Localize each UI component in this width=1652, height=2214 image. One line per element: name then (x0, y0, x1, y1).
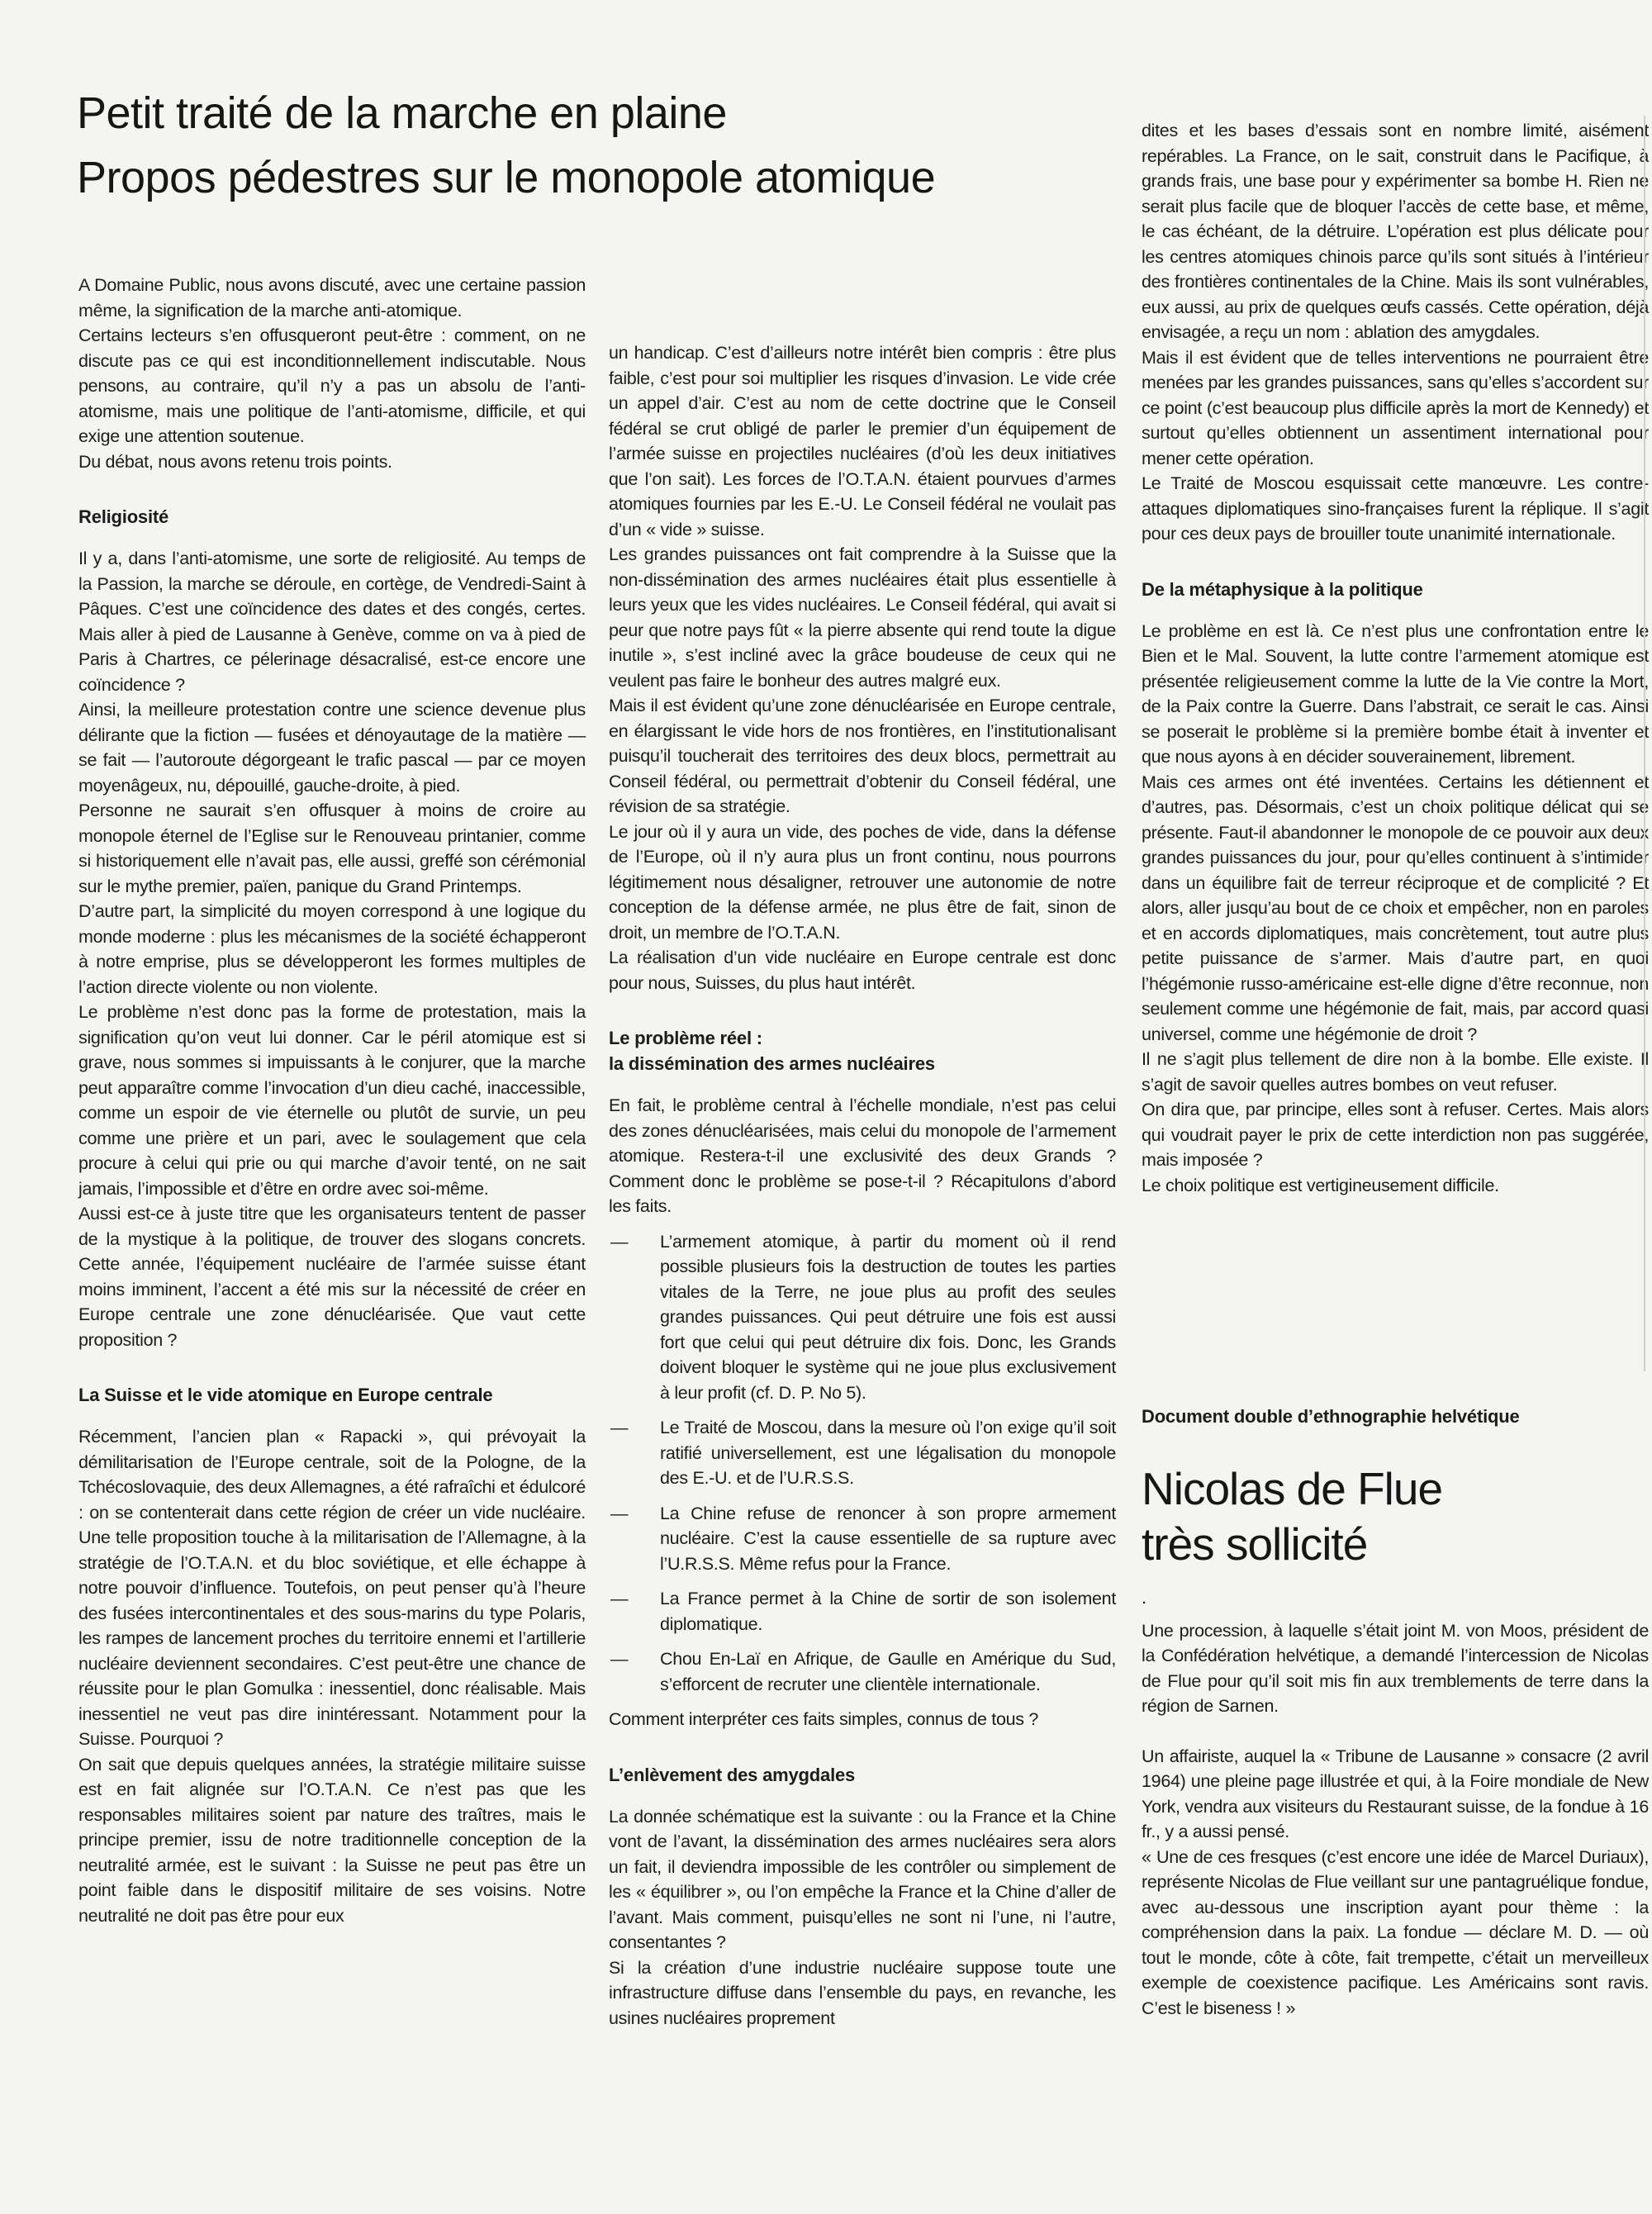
article1-title-line1: Petit traité de la marche en plaine (77, 88, 727, 138)
paragraph: Récemment, l’ancien plan « Rapacki », qu… (78, 1424, 586, 1752)
section-heading: Le problème réel : la dissémination des … (609, 1025, 1116, 1076)
paragraph: Le Traité de Moscou esquissait cette man… (1142, 471, 1649, 547)
dash-bullet: — (610, 1586, 628, 1612)
paragraph: dites et les bases d’essais sont en nomb… (1142, 118, 1649, 345)
dash-list-item: —Le Traité de Moscou, dans la mesure où … (609, 1415, 1116, 1491)
paragraph: Le problème n’est donc pas la forme de p… (78, 1000, 586, 1201)
paragraph: Le choix politique est vertigineusement … (1142, 1173, 1649, 1199)
spacer (1142, 1198, 1649, 1404)
paragraph: En fait, le problème central à l’échelle… (609, 1093, 1116, 1219)
paragraph: A Domaine Public, nous avons discuté, av… (78, 273, 586, 323)
dash-item-text: La France permet à la Chine de sortir de… (660, 1589, 1116, 1634)
paragraph: Il ne s’agit plus tellement de dire non … (1142, 1047, 1649, 1097)
paragraph: Une procession, à laquelle s’était joint… (1142, 1618, 1649, 1719)
dash-item-text: Le Traité de Moscou, dans la mesure où l… (660, 1418, 1116, 1488)
dash-list-item: —La Chine refuse de renoncer à son propr… (609, 1501, 1116, 1577)
paragraph: Les grandes puissances ont fait comprend… (609, 542, 1116, 693)
article2-kicker: Document double d’ethnographie helvétiqu… (1142, 1404, 1649, 1430)
paragraph: On dira que, par principe, elles sont à … (1142, 1097, 1649, 1173)
section-heading: L’enlèvement des amygdales (609, 1762, 1116, 1788)
paragraph: Aussi est-ce à juste titre que les organ… (78, 1201, 586, 1352)
column-3: dites et les bases d’essais sont en nomb… (1142, 118, 1649, 2021)
paragraph: On sait que depuis quelques années, la s… (78, 1752, 586, 1929)
paragraph: Comment interpréter ces faits simples, c… (609, 1707, 1116, 1732)
article2-title: Nicolas de Flue très sollicité (1142, 1461, 1649, 1572)
article1-title-line2: Propos pédestres sur le monopole atomiqu… (77, 153, 935, 202)
spacer (1142, 1719, 1649, 1744)
dash-item-text: L’armement atomique, à partir du moment … (660, 1232, 1116, 1403)
paragraph: La donnée schématique est la suivante : … (609, 1804, 1116, 1955)
paragraph: Le jour où il y aura un vide, des poches… (609, 820, 1116, 946)
scan-edge-line (1644, 116, 1645, 1371)
paragraph: « Une de ces fresques (c’est encore une … (1142, 1845, 1649, 2022)
dash-list-item: —La France permet à la Chine de sortir d… (609, 1586, 1116, 1637)
paragraph: Mais ces armes ont été inventées. Certai… (1142, 770, 1649, 1048)
spacer (1142, 1430, 1649, 1461)
section-heading: La Suisse et le vide atomique en Europe … (78, 1382, 586, 1408)
title-dot-mark: . (1142, 1594, 1649, 1602)
paragraph: Mais il est évident qu’une zone dénucléa… (609, 693, 1116, 820)
spacer (1142, 1602, 1649, 1618)
column-1: A Domaine Public, nous avons discuté, av… (78, 273, 586, 1928)
paragraph: Certains lecteurs s’en offusqueront peut… (78, 323, 586, 449)
spacer (609, 1697, 1116, 1707)
paragraph: D’autre part, la simplicité du moyen cor… (78, 899, 586, 1000)
column-2: un handicap. C’est d’ailleurs notre inté… (609, 340, 1116, 2031)
dash-bullet: — (610, 1646, 628, 1672)
section-heading: Religiosité (78, 504, 586, 530)
dash-bullet: — (610, 1229, 628, 1255)
dash-bullet: — (610, 1501, 628, 1527)
dash-list-item: —Chou En-Laï en Afrique, de Gaulle en Am… (609, 1646, 1116, 1697)
dash-item-text: Chou En-Laï en Afrique, de Gaulle en Amé… (660, 1649, 1116, 1694)
paragraph: Personne ne saurait s’en offusquer à moi… (78, 798, 586, 899)
paragraph: Ainsi, la meilleure protestation contre … (78, 697, 586, 798)
dash-list-item: —L’armement atomique, à partir du moment… (609, 1229, 1116, 1406)
paragraph: Mais il est évident que de telles interv… (1142, 345, 1649, 472)
paragraph: La réalisation d’un vide nucléaire en Eu… (609, 945, 1116, 995)
paragraph: Il y a, dans l’anti-atomisme, une sorte … (78, 546, 586, 697)
paragraph: Du débat, nous avons retenu trois points… (78, 449, 586, 475)
article1-title: Petit traité de la marche en plainePropo… (77, 81, 935, 210)
paragraph: Si la création d’une industrie nucléaire… (609, 1955, 1116, 2031)
paragraph: un handicap. C’est d’ailleurs notre inté… (609, 340, 1116, 542)
dash-item-text: La Chine refuse de renoncer à son propre… (660, 1504, 1116, 1574)
paragraph: Un affairiste, auquel la « Tribune de La… (1142, 1744, 1649, 1845)
section-heading: De la métaphysique à la politique (1142, 577, 1649, 602)
newspaper-page: Petit traité de la marche en plainePropo… (0, 0, 1652, 2214)
paragraph: Le problème en est là. Ce n’est plus une… (1142, 619, 1649, 770)
dash-bullet: — (610, 1415, 628, 1441)
